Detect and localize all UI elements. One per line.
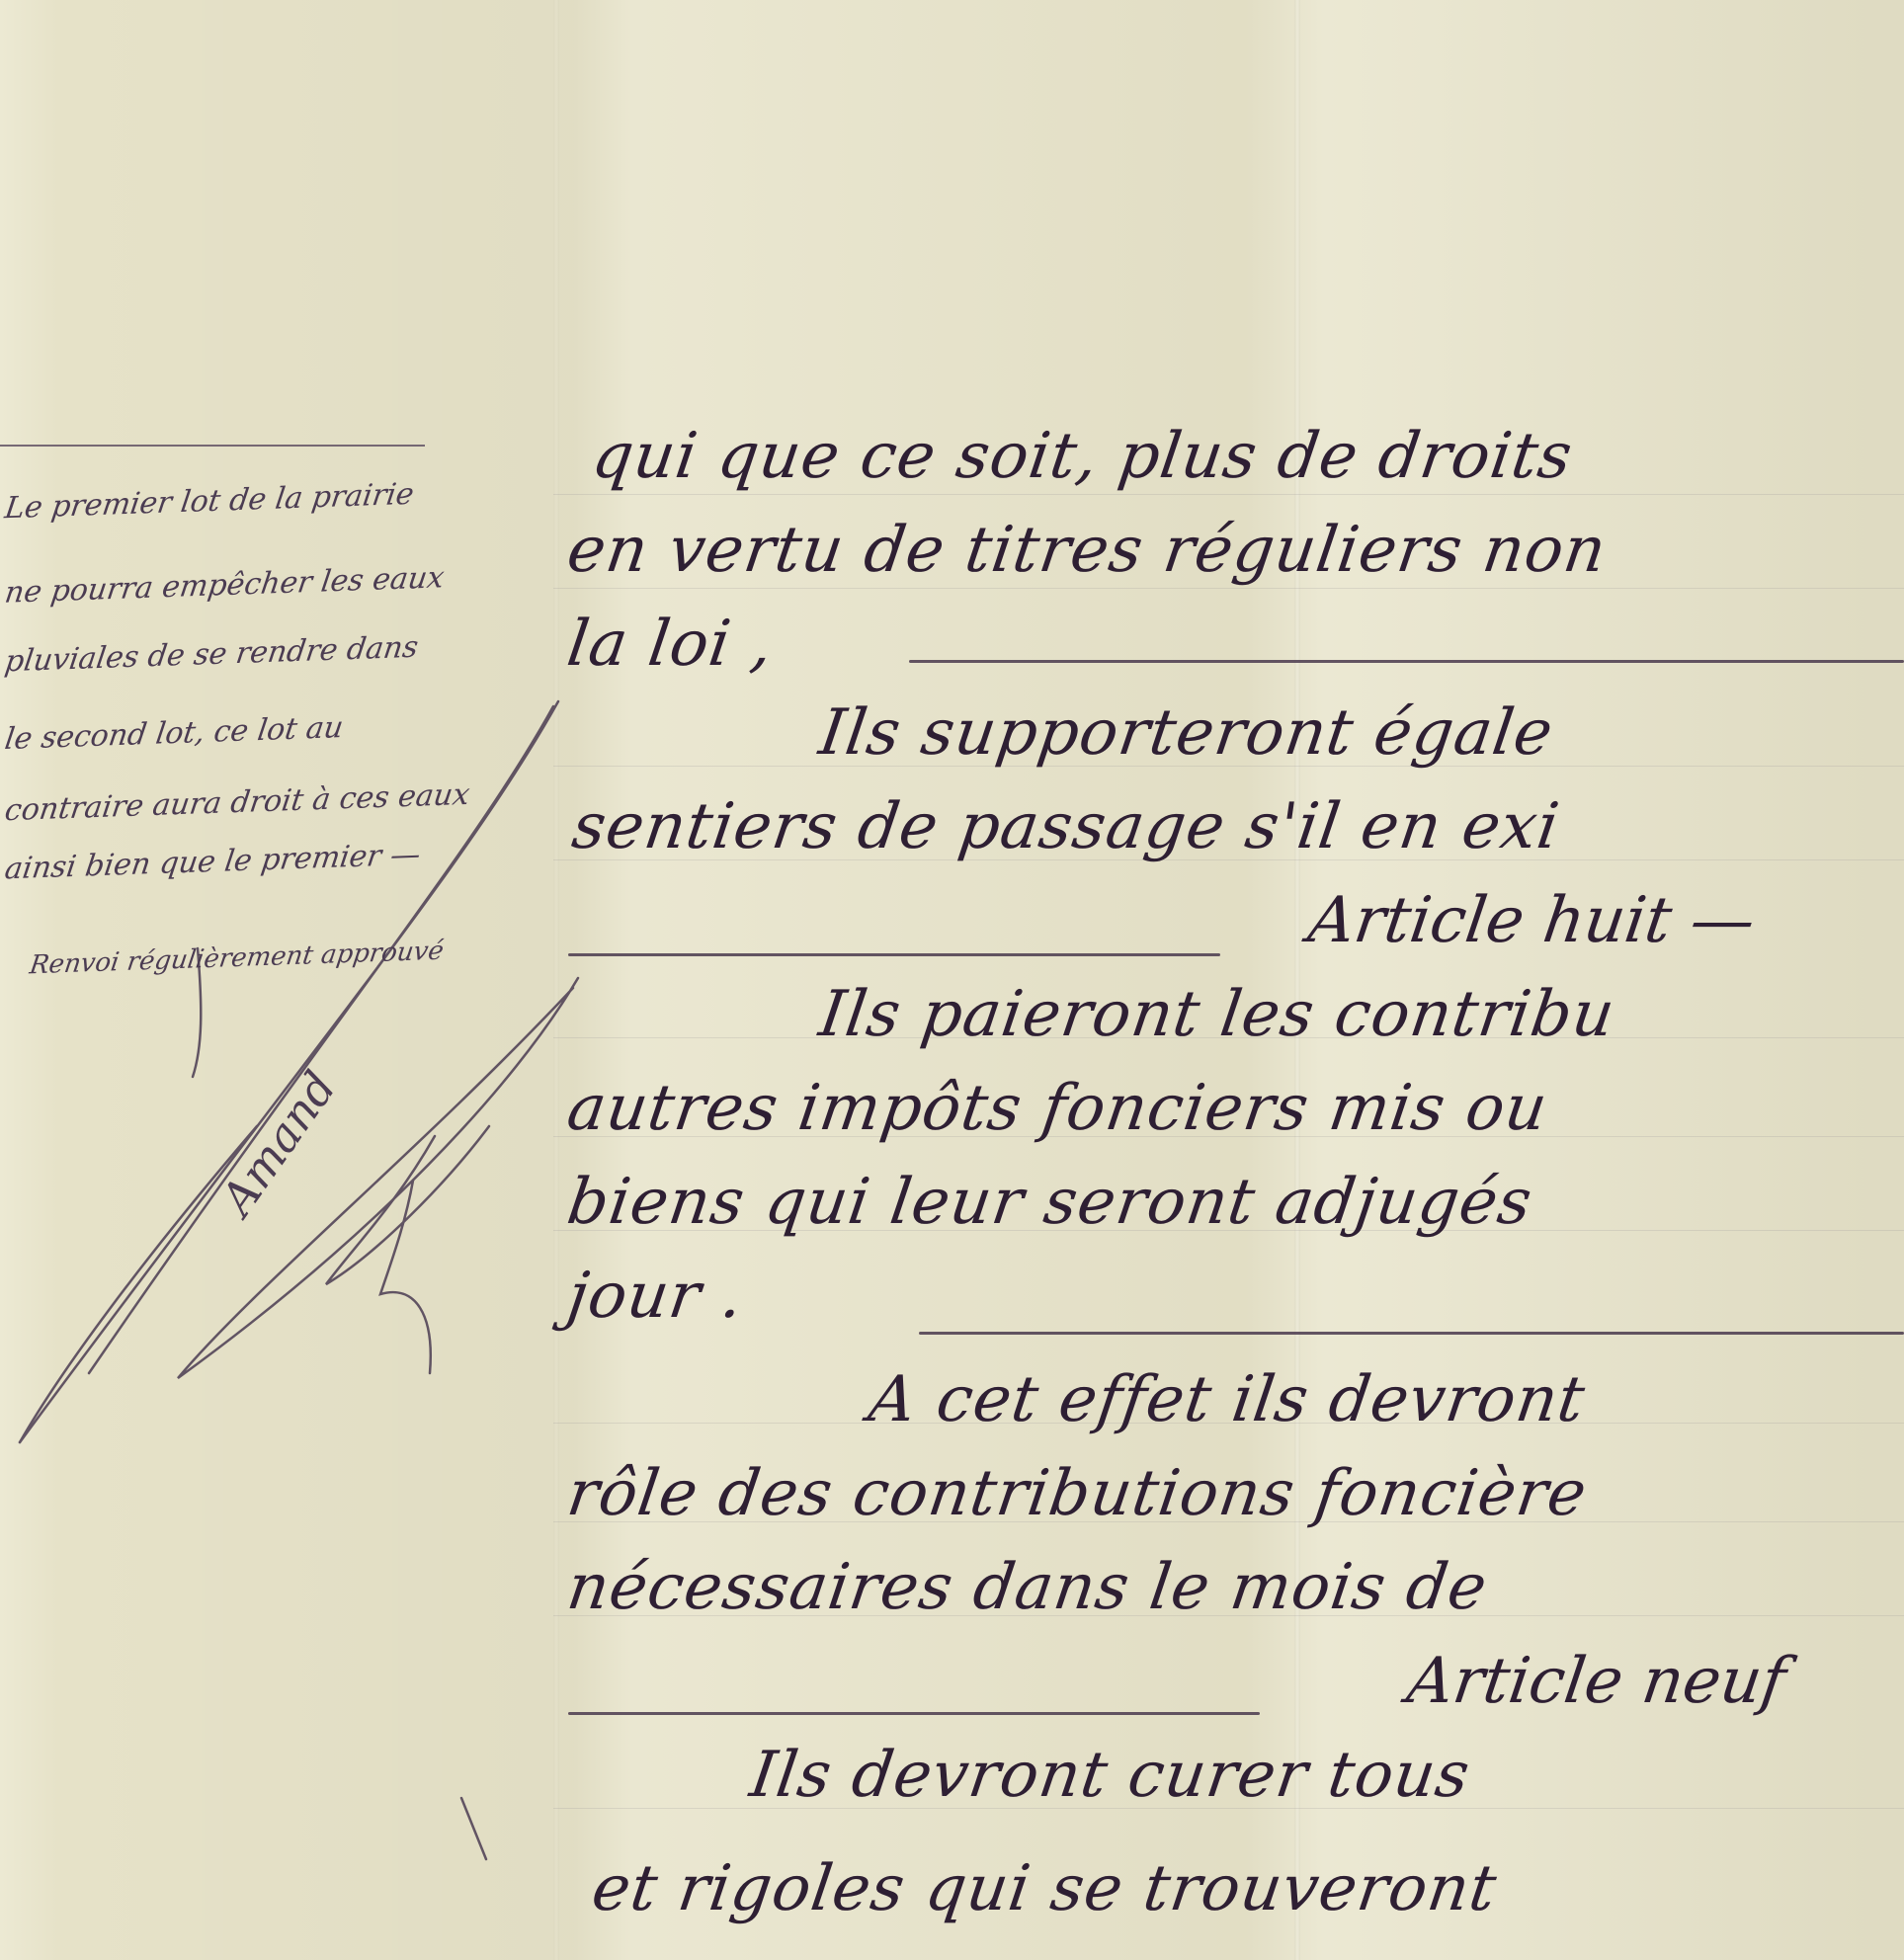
body-line: rôle des contributions foncière — [563, 1457, 1592, 1530]
body-line: sentiers de passage s'il en exi — [568, 790, 1564, 863]
margin-note-rule — [0, 445, 425, 447]
body-line: Ils supporteront égale — [815, 696, 1558, 770]
margin-note-line: pluviales de se rendre dans — [3, 630, 421, 680]
margin-note-line: contraire aura droit à ces eaux — [3, 777, 472, 829]
line-filler-rule — [919, 1332, 1904, 1335]
paper-fold — [553, 0, 559, 1960]
ruled-line — [553, 494, 1904, 495]
body-line: autres impôts fonciers mis ou — [563, 1072, 1552, 1145]
body-line: A cet effet ils devront — [865, 1363, 1590, 1436]
body-line: biens qui leur seront adjugés — [563, 1166, 1537, 1239]
body-line: la loi , — [563, 608, 779, 681]
manuscript-page: qui que ce soit, plus de droits en vertu… — [0, 0, 1904, 1960]
body-line: et rigoles qui se trouveront — [588, 1852, 1502, 1925]
article-heading: Article huit — — [1304, 884, 1760, 957]
body-line: Ils paieront les contribu — [815, 978, 1619, 1051]
margin-note-line: Le premier lot de la prairie — [3, 477, 416, 527]
margin-note-line: ne pourra empêcher les eaux — [3, 560, 447, 611]
article-heading: Article neuf — [1403, 1645, 1790, 1718]
body-line: jour . — [563, 1260, 748, 1333]
ruled-line — [553, 588, 1904, 589]
signature: Amand — [210, 1062, 347, 1225]
margin-note-line: ainsi bien que le premier — — [3, 838, 423, 887]
line-filler-rule — [909, 660, 1904, 663]
body-line: qui que ce soit, plus de droits — [588, 420, 1577, 493]
margin-note-line: le second lot, ce lot au — [3, 710, 346, 757]
body-line: en vertu de titres réguliers non — [563, 514, 1612, 587]
body-line: Ils devront curer tous — [746, 1739, 1475, 1812]
heading-rule — [568, 1712, 1260, 1715]
margin-note-approval: Renvoi régulièrement approuvé — [28, 937, 446, 981]
body-line: nécessaires dans le mois de — [563, 1551, 1492, 1624]
heading-rule — [568, 953, 1220, 956]
